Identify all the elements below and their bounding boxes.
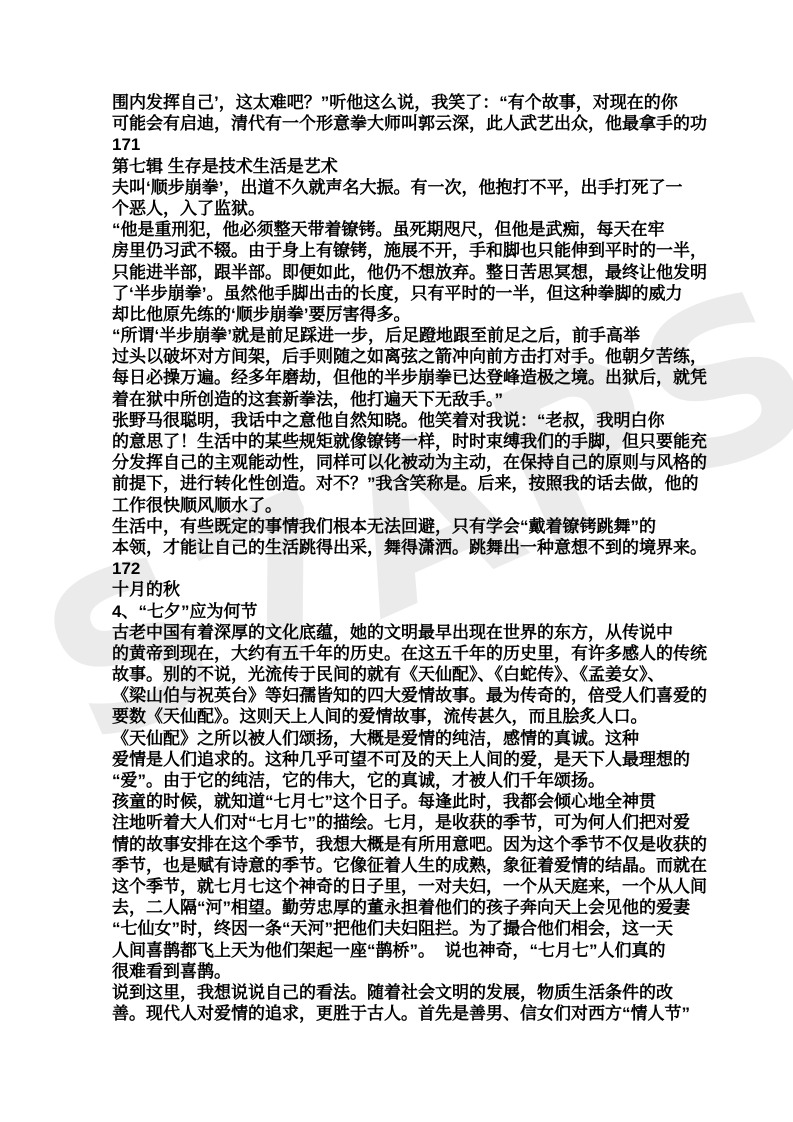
- text-line: 过头以破坏对方间架，后手则随之如离弦之箭冲向前方击打对手。他朝夕苦练，: [112, 346, 732, 367]
- text-line: 去，二人隔“河”相望。勤劳忠厚的董永担着他们的孩子奔向天上会见他的爱妻: [112, 897, 732, 918]
- text-line: 善。现代人对爱情的追求，更胜于古人。首先是善男、信女们对西方“情人节”: [112, 1003, 732, 1024]
- text-line: 围内发挥自己’，这太难吧？”听他这么说，我笑了：“有个故事，对现在的你: [112, 92, 732, 113]
- text-line: 孩童的时候，就知道“七月七”这个日子。每逢此时，我都会倾心地全神贯: [112, 791, 732, 812]
- text-line: 的意思了！生活中的某些规矩就像镣铐一样，时时束缚我们的手脚，但只要能充: [112, 431, 732, 452]
- text-line: 只能进半部，跟半部。即便如此，他仍不想放弃。整日苦思冥想，最终让他发明: [112, 262, 732, 283]
- text-line: 4、“七夕”应为何节: [112, 601, 732, 622]
- text-line: 着在狱中所创造的这套新拳法，他打遍天下无敌手。”: [112, 389, 732, 410]
- text-line: 生活中，有些既定的事情我们根本无法回避，只有学会“戴着镣铐跳舞”的: [112, 516, 732, 537]
- text-line: 172: [112, 558, 732, 579]
- text-line: 每日必操万遍。经多年磨劫，但他的半步崩拳已达登峰造极之境。出狱后，就凭: [112, 367, 732, 388]
- text-line: 张野马很聪明，我话中之意他自然知晓。他笑着对我说：“老叔，我明白你: [112, 410, 732, 431]
- text-line: 夫叫‘顺步崩拳’，出道不久就声名大振。有一次，他抱打不平，出手打死了一: [112, 177, 732, 198]
- text-line: “他是重刑犯，他必须整天带着镣铐。虽死期咫尺，但他是武痴，每天在牢: [112, 219, 732, 240]
- text-line: 《天仙配》之所以被人们颂扬，大概是爱情的纯洁，感情的真诚。这种: [112, 728, 732, 749]
- text-line: 171: [112, 134, 732, 155]
- text-line: “所谓‘半步崩拳’就是前足踩进一步，后足蹬地跟至前足之后，前手高举: [112, 325, 732, 346]
- text-line: 的黄帝到现在，大约有五千年的历史。在这五千年的历史里，有许多感人的传统: [112, 643, 732, 664]
- text-line: 工作很快顺风顺水了。: [112, 495, 732, 516]
- text-line: 古老中国有着深厚的文化底蕴，她的文明最早出现在世界的东方，从传说中: [112, 622, 732, 643]
- text-line: 注地听着大人们对“七月七”的描绘。七月，是收获的季节，可为何人们把对爱: [112, 812, 732, 833]
- text-line: 却比他原先练的‘顺步崩拳’要厉害得多。: [112, 304, 732, 325]
- text-line: 前提下，进行转化性创造。对不？”我含笑称是。后来，按照我的话去做，他的: [112, 473, 732, 494]
- text-line: 个恶人，入了监狱。: [112, 198, 732, 219]
- text-line: “爱”。由于它的纯洁，它的伟大，它的真诚，才被人们千年颂扬。: [112, 770, 732, 791]
- text-line: 季节，也是赋有诗意的季节。它像征着人生的成熟，象征着爱情的结晶。而就在: [112, 855, 732, 876]
- text-line: 很难看到喜鹊。: [112, 961, 732, 982]
- text-line: 要数《天仙配》。这则天上人间的爱情故事，流传甚久，而且脍炙人口。: [112, 706, 732, 727]
- text-column: 围内发挥自己’，这太难吧？”听他这么说，我笑了：“有个故事，对现在的你可能会有启…: [112, 92, 732, 1024]
- text-line: 十月的秋: [112, 579, 732, 600]
- text-line: 《梁山伯与祝英台》等妇孺皆知的四大爱情故事。最为传奇的，倍受人们喜爱的: [112, 685, 732, 706]
- text-line: 爱情是人们追求的。这种几乎可望不可及的天上人间的爱，是天下人最理想的: [112, 749, 732, 770]
- text-line: 可能会有启迪，清代有一个形意拳大师叫郭云深，此人武艺出众，他最拿手的功: [112, 113, 732, 134]
- text-line: 故事。别的不说，光流传于民间的就有《天仙配》、《白蛇传》、《孟姜女》、: [112, 664, 732, 685]
- text-line: 了‘半步崩拳’。虽然他手脚出击的长度，只有平时的一半，但这种拳脚的威力: [112, 283, 732, 304]
- text-line: 分发挥自己的主观能动性，同样可以化被动为主动，在保持自己的原则与风格的: [112, 452, 732, 473]
- text-line: 本领，才能让自己的生活跳得出采，舞得潇洒。跳舞出一种意想不到的境界来。: [112, 537, 732, 558]
- text-line: 房里仍习武不辍。由于身上有镣铐，施展不开，手和脚也只能伸到平时的一半，: [112, 240, 732, 261]
- text-line: 这个季节，就七月七这个神奇的日子里，一对夫妇，一个从天庭来，一个从人间: [112, 876, 732, 897]
- text-line: 第七辑 生存是技术生活是艺术: [112, 156, 732, 177]
- document-page: S7APS 围内发挥自己’，这太难吧？”听他这么说，我笑了：“有个故事，对现在的…: [0, 0, 793, 1122]
- text-line: 说到这里，我想说说自己的看法。随着社会文明的发展，物质生活条件的改: [112, 982, 732, 1003]
- text-line: “七仙女”时，终因一条“天河”把他们夫妇阻拦。为了撮合他们相会，这一天: [112, 918, 732, 939]
- text-line: 情的故事安排在这个季节，我想大概是有所用意吧。因为这个季节不仅是收获的: [112, 834, 732, 855]
- text-line: 人间喜鹊都飞上天为他们架起一座“鹊桥”。 说也神奇，“七月七”人们真的: [112, 940, 732, 961]
